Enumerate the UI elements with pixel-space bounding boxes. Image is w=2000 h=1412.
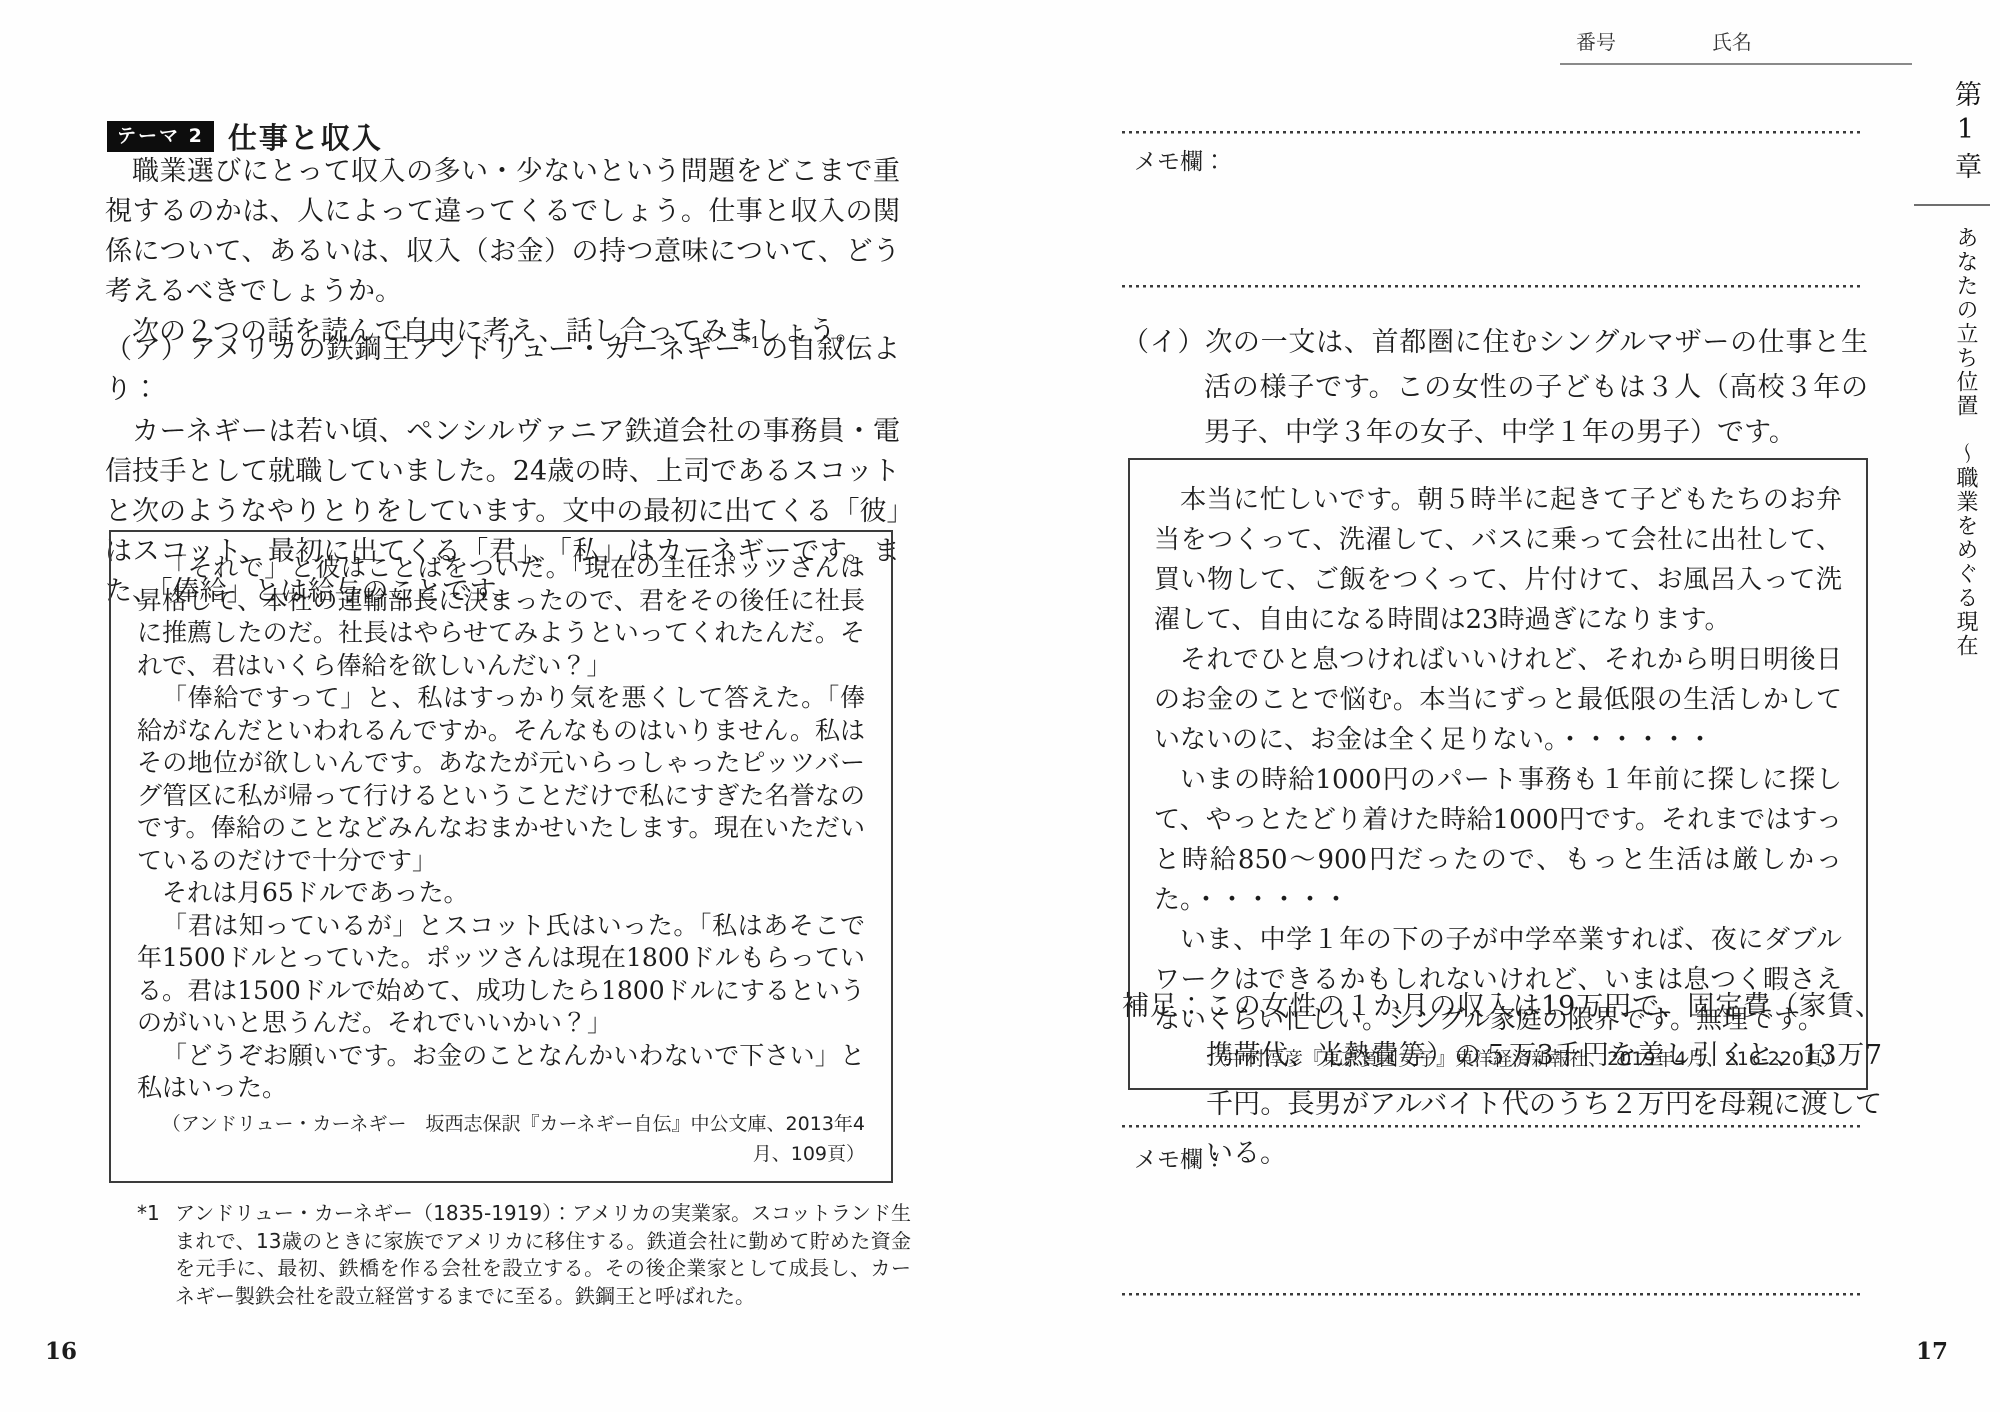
footnote-reference: *1 xyxy=(742,333,760,352)
theme-header: テーマ 2 仕事と収入 xyxy=(107,116,383,157)
quote-paragraph: 「君は知っているが」とスコット氏はいった。「私はあそこで年1500ドルとっていた… xyxy=(137,910,865,1040)
quote-paragraph: 「俸給ですって」と、私はすっかり気を悪くして答えた。「俸給がなんだといわれるんで… xyxy=(137,682,865,877)
dotted-rule xyxy=(1122,285,1862,288)
chapter-number: 第1章 xyxy=(1946,80,1985,186)
footnote-marker: *1 xyxy=(137,1200,175,1228)
quote-paragraph: それは月65ドルであった。 xyxy=(137,877,865,910)
memo-label: メモ欄： xyxy=(1134,1141,1226,1174)
student-id-field-row: 番号 氏名 xyxy=(1560,26,1912,65)
section-a-heading-text: （ア）アメリカの鉄鋼王アンドリュー・カーネギー xyxy=(105,334,742,365)
page-left: テーマ 2 仕事と収入 職業選びにとって収入の多い・少ないという問題をどこまで重… xyxy=(105,0,900,1412)
supplement-note: 補足：この女性の１か月の収入は19万円で、固定費（家賃、携帯代、光熱費等）の５万… xyxy=(1122,982,1882,1178)
memo-label: メモ欄： xyxy=(1134,143,1226,176)
dotted-rule xyxy=(1122,1293,1862,1296)
name-field-label: 氏名 xyxy=(1712,26,1752,55)
book-spread: テーマ 2 仕事と収入 職業選びにとって収入の多い・少ないという問題をどこまで重… xyxy=(0,0,2000,1412)
quote-paragraph: いまの時給1000円のパート事務も１年前に探しに探して、やっとたどり着けた時給1… xyxy=(1154,760,1842,920)
quote-paragraph: 本当に忙しいです。朝５時半に起きて子どもたちのお弁当をつくって、洗濯して、バスに… xyxy=(1154,480,1842,640)
quote-paragraph: それでひと息つければいいけれど、それから明日明後日のお金のことで悩む。本当にずっ… xyxy=(1154,640,1842,760)
theme-tag-badge: テーマ 2 xyxy=(107,121,214,152)
supplement-text: この女性の１か月の収入は19万円で、固定費（家賃、携帯代、光熱費等）の５万3千円… xyxy=(1206,991,1882,1169)
page-right: メモ欄： （イ）次の一文は、首都圏に住むシングルマザーの仕事と生活の様子です。こ… xyxy=(1122,0,1868,1412)
theme-title: 仕事と収入 xyxy=(228,116,383,157)
section-a-heading: （ア）アメリカの鉄鋼王アンドリュー・カーネギー*1の自叙伝より： xyxy=(105,330,900,410)
page-number-right: 17 xyxy=(1916,1338,1948,1365)
chapter-subtitle: あなたの立ち位置 ～職業をめぐる現在 xyxy=(1950,226,1981,658)
dotted-rule xyxy=(1122,1125,1862,1128)
quote-paragraph: 「それで」と彼はことばをついだ。「現在の主任ポッツさんは昇格して、本社の運輸部長… xyxy=(137,552,865,682)
section-i-lead: （イ）次の一文は、首都圏に住むシングルマザーの仕事と生活の様子です。この女性の子… xyxy=(1122,320,1868,455)
intro-paragraph: 職業選びにとって収入の多い・少ないという問題をどこまで重視するのかは、人によって… xyxy=(105,152,900,312)
intro-section: 職業選びにとって収入の多い・少ないという問題をどこまで重視するのかは、人によって… xyxy=(105,152,900,352)
page-number-left: 16 xyxy=(45,1338,77,1365)
quote-citation: （アンドリュー・カーネギー 坂西志保訳『カーネギー自伝』中公文庫、2013年4月… xyxy=(137,1109,865,1169)
number-field-label: 番号 xyxy=(1576,26,1616,55)
chapter-tab-divider xyxy=(1914,204,1990,206)
dotted-rule xyxy=(1122,131,1862,134)
supplement-label: 補足： xyxy=(1122,991,1206,1022)
carnegie-quote-box: 「それで」と彼はことばをついだ。「現在の主任ポッツさんは昇格して、本社の運輸部長… xyxy=(109,530,893,1183)
footnote: *1アンドリュー・カーネギー（1835-1919）：アメリカの実業家。スコットラ… xyxy=(137,1200,911,1310)
footnote-text: アンドリュー・カーネギー（1835-1919）：アメリカの実業家。スコットランド… xyxy=(175,1201,911,1308)
quote-paragraph: 「どうぞお願いです。お金のことなんかいわないで下さい」と私はいった。 xyxy=(137,1040,865,1105)
